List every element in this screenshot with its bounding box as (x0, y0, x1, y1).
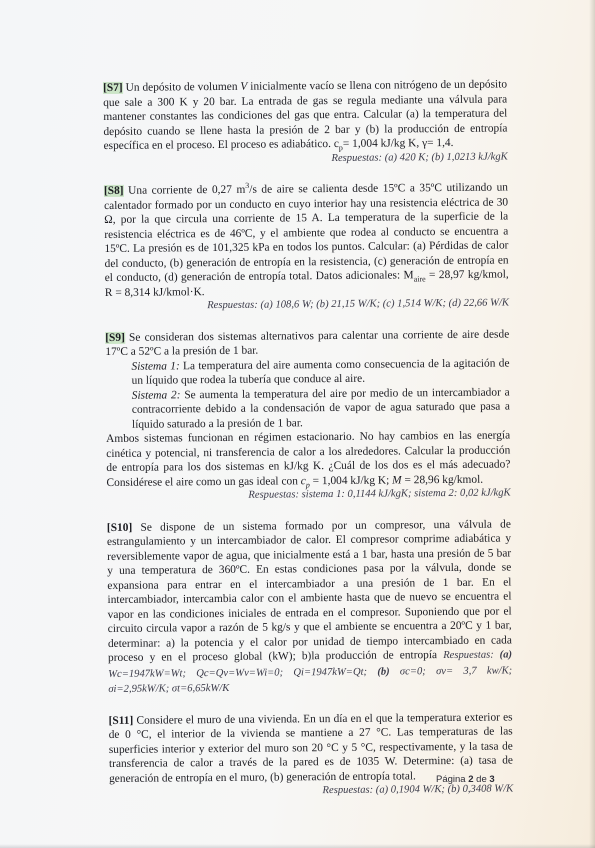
page-edge-shadow (589, 0, 595, 848)
problem-s11: [S11] Considere el muro de una vivienda.… (109, 710, 514, 801)
statement-text: Se dispone de un sistema formado por un … (107, 518, 512, 664)
variable-m: M (392, 474, 402, 486)
problem-tag: [S9] (105, 331, 125, 343)
answer-a: Wc=1947kW=Wt; Qc=Qv=Wv=Wi=0; Qi=1947kW=Q… (108, 666, 377, 679)
statement-text: = 1,004 kJ/kg K, γ= 1,4. (343, 137, 454, 150)
answer-a-tag: (a) (500, 649, 512, 660)
system-2: Sistema 2: Se aumenta la temperatura del… (106, 385, 510, 432)
problem-s9: [S9] Se consideran dos sistemas alternat… (105, 327, 511, 505)
problem-statement: [S7] Un depósito de volumen V inicialmen… (103, 77, 508, 153)
page-bottom-edge (0, 844, 595, 848)
page-number: Página 2 de 3 (436, 774, 495, 785)
statement-text: = 28,96 kg/kmol. (402, 473, 484, 486)
problem-tag: [S7] (103, 82, 123, 94)
system-text: La temperatura del aire aumenta como con… (132, 357, 510, 387)
statement-text: Se consideran dos sistemas alternativos … (105, 328, 509, 358)
system-1: Sistema 1: La temperatura del aire aumen… (105, 356, 509, 389)
statement-text: = 1,004 kJ/kg K; (310, 474, 392, 487)
system-label: Sistema 1: (131, 360, 179, 372)
document-body: [S7] Un depósito de volumen V inicialmen… (103, 77, 513, 816)
problem-statement: Ambos sistemas funcionan en régimen esta… (106, 428, 510, 490)
problem-statement: [S8] Una corriente de 0,27 m3/s de aire … (104, 180, 509, 300)
answer-b-tag: (b) (377, 666, 389, 677)
problem-intro: [S9] Se consideran dos sistemas alternat… (105, 327, 509, 360)
page-separator: de (474, 774, 490, 785)
system-text: Se aumenta la temperatura del aire por m… (132, 386, 510, 430)
problem-s8: [S8] Una corriente de 0,27 m3/s de aire … (104, 180, 509, 314)
total-pages: 3 (489, 774, 494, 785)
subscript: aire (414, 274, 426, 283)
statement-text: Una corriente de 0,27 m (128, 184, 245, 197)
system-label: Sistema 2: (132, 389, 181, 401)
problem-tag: [S10] (107, 521, 132, 533)
problem-tag: [S11] (109, 714, 134, 726)
problem-s10: [S10] Se dispone de un sistema formado p… (107, 517, 513, 698)
statement-text: Un depósito de volumen (126, 81, 241, 94)
answer-label: Respuestas: (443, 650, 500, 661)
page-label: Página (436, 774, 468, 785)
problem-s7: [S7] Un depósito de volumen V inicialmen… (103, 77, 508, 168)
problem-tag: [S8] (104, 185, 124, 197)
problem-statement: [S10] Se dispone de un sistema formado p… (107, 517, 513, 698)
